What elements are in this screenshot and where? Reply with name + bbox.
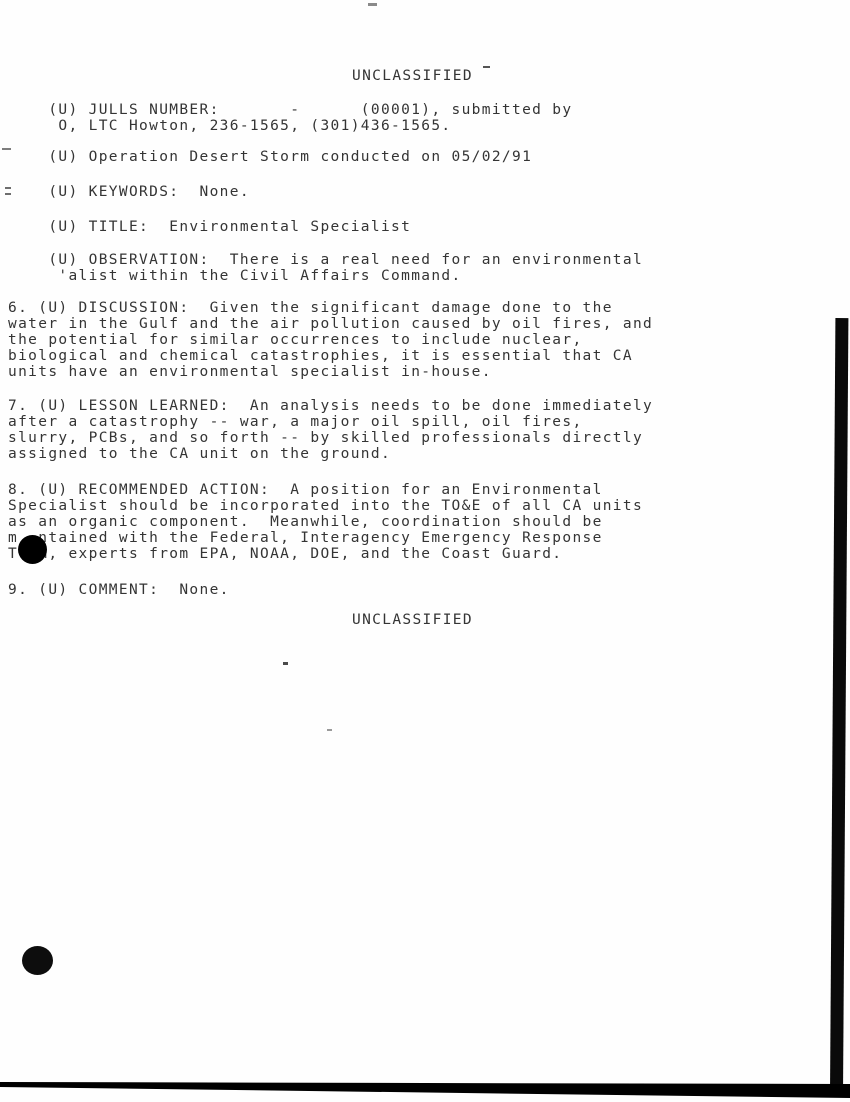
discussion-paragraph: 6. (U) DISCUSSION: Given the significant…: [8, 300, 653, 380]
julls-number-block: (U) JULLS NUMBER: - (00001), submitted b…: [8, 102, 572, 134]
recommended-action-paragraph: 8. (U) RECOMMENDED ACTION: A position fo…: [8, 482, 643, 562]
scanned-document-page: UNCLASSIFIED (U) JULLS NUMBER: - (00001)…: [0, 0, 850, 1102]
operation-line: (U) Operation Desert Storm conducted on …: [8, 149, 532, 165]
ink-blob-mark: [18, 535, 47, 564]
observation-paragraph: (U) OBSERVATION: There is a real need fo…: [8, 252, 643, 284]
title-line: (U) TITLE: Environmental Specialist: [8, 219, 411, 235]
scan-speck-near-header: [483, 66, 490, 68]
classification-footer: UNCLASSIFIED: [352, 612, 473, 628]
lesson-learned-paragraph: 7. (U) LESSON LEARNED: An analysis needs…: [8, 398, 653, 462]
classification-header: UNCLASSIFIED: [352, 68, 473, 84]
scan-speck-mid-1: [283, 662, 288, 665]
scan-edge-bar-bottom: [0, 1078, 850, 1102]
scan-binding-bar-right: [830, 318, 848, 1094]
scan-speck-mid-2: [327, 729, 332, 731]
scan-speck-top: [368, 3, 377, 6]
punch-hole-dot: [22, 946, 53, 975]
keywords-line: (U) KEYWORDS: None.: [8, 184, 250, 200]
comment-line: 9. (U) COMMENT: None.: [8, 582, 230, 598]
